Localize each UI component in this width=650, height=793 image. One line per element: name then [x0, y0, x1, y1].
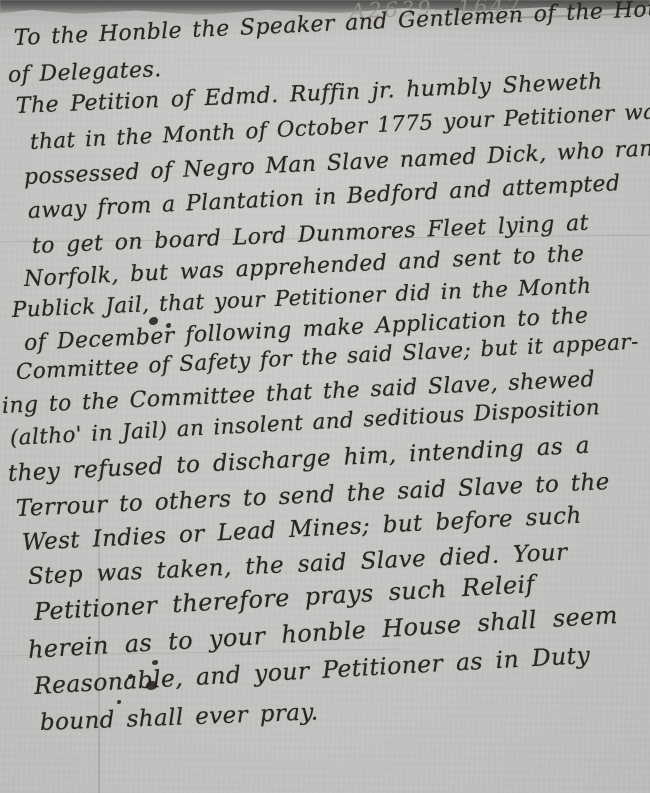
- manuscript-line: bound shall ever pray.: [40, 699, 319, 736]
- manuscript-line: of Delegates.: [8, 57, 162, 88]
- ink-blot: [117, 700, 121, 704]
- manuscript-page: A2639—1647 To the Honble the Speaker and…: [0, 0, 650, 793]
